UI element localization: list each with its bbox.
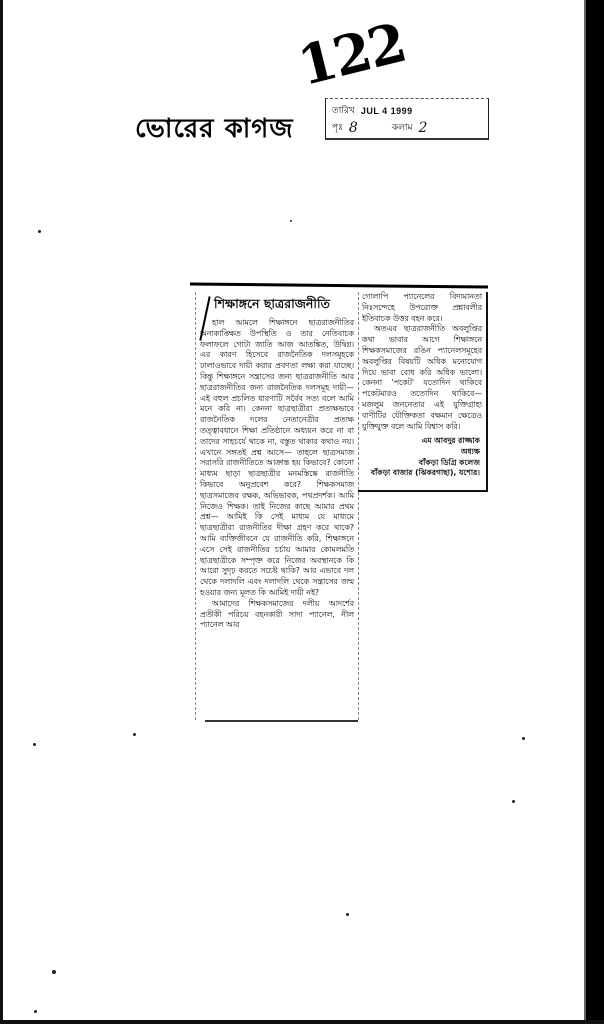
scan-edge-right — [586, 0, 604, 1024]
article-left-column: শিক্ষাঙ্গনে ছাত্ররাজনীতি হাল আমলে শিক্ষা… — [195, 292, 359, 720]
scan-speck — [133, 733, 136, 736]
author-signature: এম আবদুর রাজ্জাক অধ্যক্ষ বাঁকড়া ডিগ্রি … — [358, 436, 480, 478]
scan-speck — [52, 970, 56, 974]
scan-edge-right-shadow — [584, 0, 586, 1024]
stamp-column-value: 2 — [418, 120, 427, 136]
author-name: এম আবদুর রাজ্জাক — [358, 436, 480, 447]
newspaper-clipping: শিক্ষাঙ্গনে ছাত্ররাজনীতি হাল আমলে শিক্ষা… — [190, 284, 488, 722]
handwritten-page-number: 122 — [292, 10, 411, 98]
paragraph: আমাদের শিক্ষকসমাজের দলীয় আদর্শের প্রতীক… — [200, 599, 354, 631]
right-column-text: গোলাপি প্যানেলের বিদ্যমানতা নিঃসন্দেহে উ… — [362, 292, 482, 432]
author-institution: বাঁকড়া ডিগ্রি কলেজ — [358, 458, 480, 469]
stamp-column-label: কলাম — [392, 120, 413, 135]
clipping-top-border — [190, 282, 488, 288]
scan-speck — [346, 913, 349, 916]
stamp-page-label: পৃঃ — [332, 120, 343, 135]
stamp-page-row: পৃঃ 8 কলাম 2 — [332, 119, 482, 136]
scan-speck — [522, 737, 525, 740]
article-headline: শিক্ষাঙ্গনে ছাত্ররাজনীতি — [214, 296, 358, 316]
scan-edge-left — [0, 0, 3, 1024]
scan-speck — [38, 230, 41, 233]
article-right-column: গোলাপি প্যানেলের বিদ্যমানতা নিঃসন্দেহে উ… — [358, 292, 488, 492]
scan-speck — [33, 743, 36, 746]
scan-speck — [34, 1010, 37, 1013]
scan-speck — [512, 800, 515, 803]
author-title: অধ্যক্ষ — [358, 447, 480, 458]
clipping-bottom-border — [205, 720, 358, 722]
stamp-page-value: 8 — [349, 120, 358, 136]
paragraph: গোলাপি প্যানেলের বিদ্যমানতা নিঃসন্দেহে উ… — [362, 292, 482, 324]
paragraph: অতএব ছাত্ররাজনীতি অবলুপ্তির কথা ভাবার আগ… — [362, 324, 482, 432]
newspaper-masthead: ভোরের কাগজ — [135, 108, 294, 152]
author-address: বাঁকড়া বাজার (ঝিকরগাছা), যশোর। — [358, 468, 480, 479]
stamp-date-row: তারিখ JUL 4 1999 — [332, 102, 482, 119]
paragraph: হাল আমলে শিক্ষাঙ্গনে ছাত্ররাজনীতির অনাকা… — [200, 318, 354, 599]
stamp-date-label: তারিখ — [332, 103, 355, 118]
left-column-text: হাল আমলে শিক্ষাঙ্গনে ছাত্ররাজনীতির অনাকা… — [200, 318, 354, 631]
scan-speck — [290, 220, 292, 222]
stamp-date-value: JUL 4 1999 — [361, 106, 413, 116]
scan-edge-bottom — [0, 1020, 604, 1024]
archive-stamp: তারিখ JUL 4 1999 পৃঃ 8 কলাম 2 — [325, 98, 489, 140]
